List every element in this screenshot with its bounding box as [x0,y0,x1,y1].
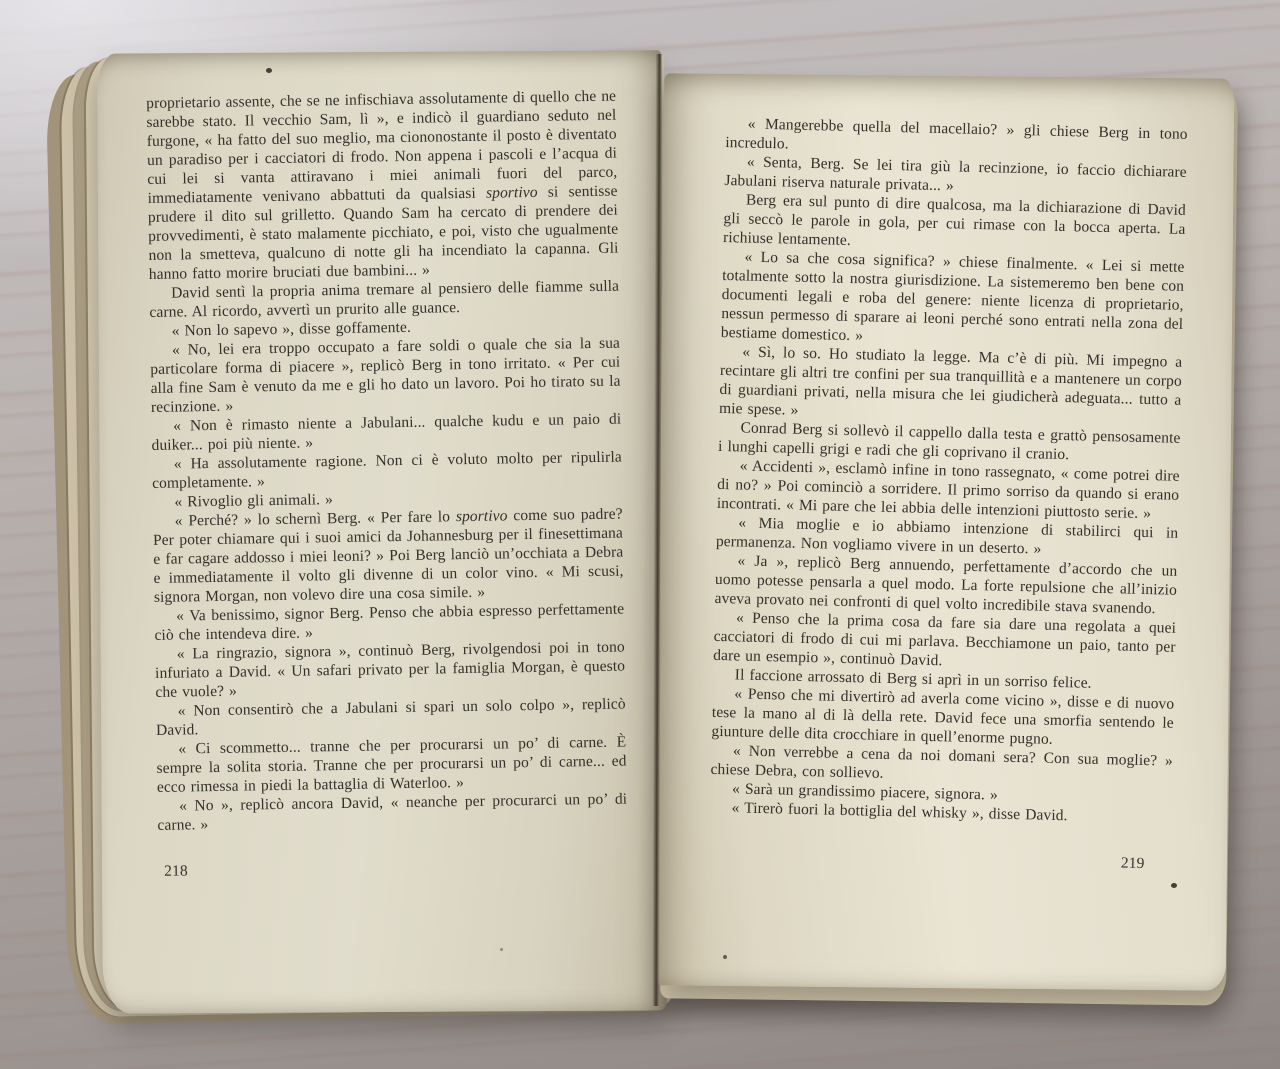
paragraph: « Sì, lo so. Ho studiato la legge. Ma c’… [719,342,1183,429]
right-paragraphs: « Mangerebbe quella del macellaio? » gli… [709,114,1187,828]
ink-speck [500,948,503,951]
ink-speck [266,68,272,73]
left-paragraphs: proprietario assente, che se ne infischi… [146,87,628,835]
ink-speck [1171,883,1177,888]
ink-speck [723,955,727,959]
paragraph: proprietario assente, che se ne infischi… [146,87,619,284]
paragraph: « La ringrazio, signora », continuò Berg… [155,638,626,702]
right-page-text: « Mangerebbe quella del macellaio? » gli… [708,114,1188,874]
paragraph: « No, lei era troppo occupato a fare sol… [150,334,621,417]
paragraph: « Lo sa che cosa significa? » chiese fin… [721,247,1185,353]
paragraph: « Perché? » lo schernì Berg. « Per fare … [153,505,624,607]
paragraph: « No », replicò ancora David, « neanche … [157,790,628,835]
left-page-text: proprietario assente, che se ne infischi… [146,87,628,881]
table-surface: proprietario assente, che se ne infischi… [0,0,1280,1069]
paragraph: « Ci scommetto... tranne che per procura… [156,733,627,797]
